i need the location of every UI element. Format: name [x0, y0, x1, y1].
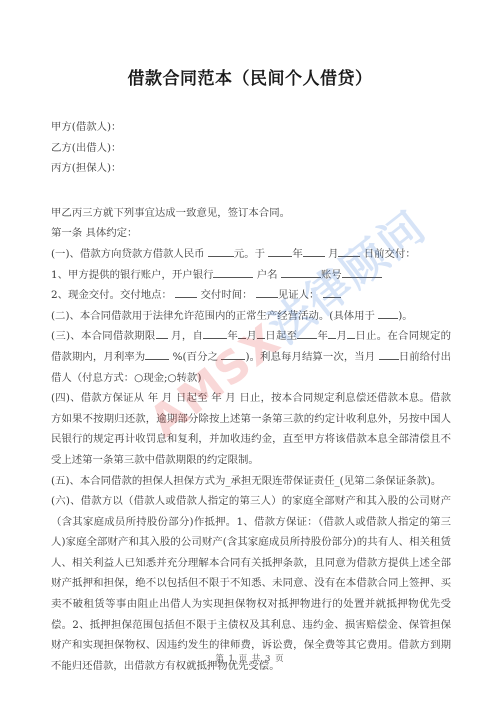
document-title: 借款合同范本（民间个人借贷） — [0, 64, 500, 89]
bank-blank — [213, 266, 253, 278]
end-year-blank — [297, 327, 317, 339]
start-year-blank — [203, 327, 227, 339]
month-blank — [303, 245, 325, 257]
end-month-blank — [328, 327, 336, 339]
day-blank — [338, 245, 360, 257]
clause-5: (五)、本合同借款的担保人担保方式为_承担无限连带保证责任_(见第二条保证条款)… — [51, 471, 451, 492]
document-body: 甲方(借款人)： 乙方(出借人)： 丙方(担保人)： 甲乙丙三方就下列事宜达成一… — [51, 117, 451, 676]
clause-3: (三)、本合同借款期限 月，自年月日起至年月日止。在合同规定的借款期内，月利率为… — [51, 326, 451, 388]
rate-blank — [145, 348, 169, 360]
year-blank — [268, 245, 292, 257]
end-day-blank — [347, 327, 355, 339]
page-indicator: 第 1 页 共 3 页 — [0, 652, 500, 664]
clause-6: (六)、借款方以（借款人或借款人指定的第三人）的家庭全部财产和其入股的公司财产（… — [51, 491, 451, 676]
clause-4: (四)、借款方保证从 年 月 日起至 年 月 日止，按本合同规定利息偿还借款本息… — [51, 388, 451, 470]
intro-text: 甲乙丙三方就下列事宜达成一致意见，签订本合同。 — [51, 203, 451, 224]
article1-heading: 第一条 具体约定： — [51, 223, 451, 244]
spacer — [51, 179, 451, 203]
clause-1-item-2: 2、现金交付。交付地点： 交付时间： 见证人： — [51, 285, 451, 306]
term-blank — [156, 327, 168, 339]
clause-1: (一)、借款方向贷款方借款人民币 元。于 年 月 日前交付： — [51, 244, 451, 265]
clause-2: (二)、本合同借款用于法律允许范围内的正常生产经营活动。(具体用于 )。 — [51, 306, 451, 327]
party-guarantor: 丙方(担保人)： — [51, 158, 451, 179]
purpose-blank — [378, 307, 398, 319]
account-name-blank — [281, 266, 321, 278]
payment-day-blank — [379, 348, 399, 360]
witness-blank — [323, 286, 341, 298]
time-blank — [256, 286, 278, 298]
party-lender: 乙方(出借人)： — [51, 138, 451, 159]
amount-blank — [208, 245, 234, 257]
clause-1-item-1: 1、甲方提供的银行账户，开户银行 户名 账号 — [51, 265, 451, 286]
account-number-blank — [342, 266, 382, 278]
party-borrower: 甲方(借款人)： — [51, 117, 451, 138]
start-day-blank — [257, 327, 265, 339]
start-month-blank — [238, 327, 246, 339]
rate-words-blank — [221, 348, 245, 360]
location-blank — [175, 286, 197, 298]
